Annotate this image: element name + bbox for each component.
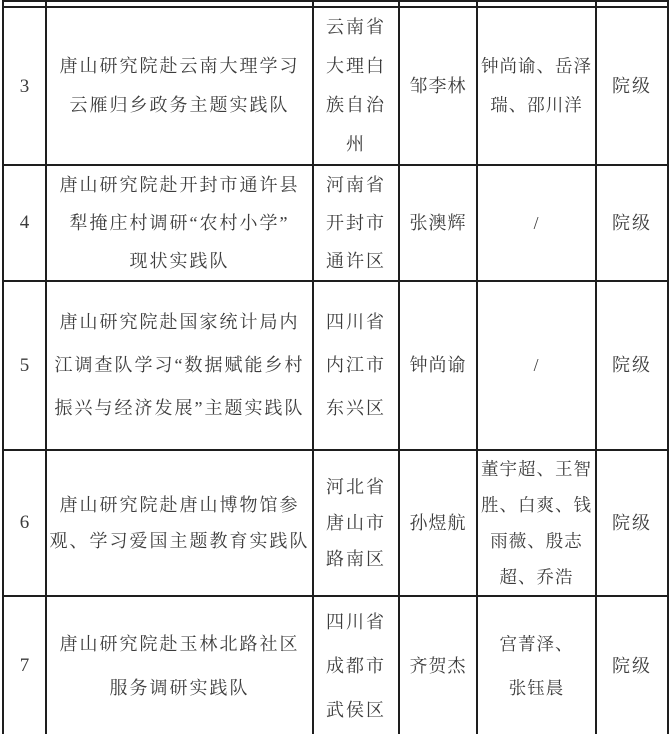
- members-cell: /: [477, 165, 596, 281]
- members-cell: 宫菁泽、 张钰晨: [477, 596, 596, 734]
- location-cell: 河北省 唐山市 路南区: [313, 450, 399, 596]
- team-name-cell: 唐山研究院赴唐山博物馆参 观、学习爱国主题教育实践队: [46, 450, 313, 596]
- level-cell: 院级: [596, 165, 668, 281]
- location-cell: 云南省 大理白 族自治 州: [313, 7, 399, 165]
- members-cell: /: [477, 281, 596, 450]
- location-cell: 河南省 开封市 通许区: [313, 165, 399, 281]
- level-cell: 院级: [596, 281, 668, 450]
- table-row: 7 唐山研究院赴玉林北路社区 服务调研实践队 四川省 成都市 武侯区 齐贺杰 宫…: [3, 596, 668, 734]
- team-name-cell: 唐山研究院赴开封市通许县 犁掩庄村调研“农村小学” 现状实践队: [46, 165, 313, 281]
- row-number-cell: 4: [3, 165, 46, 281]
- table-row: 6 唐山研究院赴唐山博物馆参 观、学习爱国主题教育实践队 河北省 唐山市 路南区…: [3, 450, 668, 596]
- leader-cell: 张澳辉: [399, 165, 477, 281]
- level-cell: 院级: [596, 450, 668, 596]
- row-number-cell: 6: [3, 450, 46, 596]
- document-page: 3 唐山研究院赴云南大理学习 云雁归乡政务主题实践队 云南省 大理白 族自治 州…: [0, 0, 669, 734]
- level-cell: 院级: [596, 596, 668, 734]
- level-cell: 院级: [596, 7, 668, 165]
- location-cell: 四川省 内江市 东兴区: [313, 281, 399, 450]
- leader-cell: 孙煜航: [399, 450, 477, 596]
- row-number-cell: 5: [3, 281, 46, 450]
- row-number-cell: 7: [3, 596, 46, 734]
- members-cell: 钟尚谕、岳泽 瑞、邵川洋: [477, 7, 596, 165]
- leader-cell: 邹李林: [399, 7, 477, 165]
- location-cell: 四川省 成都市 武侯区: [313, 596, 399, 734]
- team-name-cell: 唐山研究院赴玉林北路社区 服务调研实践队: [46, 596, 313, 734]
- members-cell: 董宇超、王智 胜、白爽、钱 雨薇、殷志 超、乔浩: [477, 450, 596, 596]
- team-name-cell: 唐山研究院赴云南大理学习 云雁归乡政务主题实践队: [46, 7, 313, 165]
- leader-cell: 齐贺杰: [399, 596, 477, 734]
- team-name-cell: 唐山研究院赴国家统计局内 江调查队学习“数据赋能乡村 振兴与经济发展”主题实践队: [46, 281, 313, 450]
- leader-cell: 钟尚谕: [399, 281, 477, 450]
- table-row: 3 唐山研究院赴云南大理学习 云雁归乡政务主题实践队 云南省 大理白 族自治 州…: [3, 7, 668, 165]
- table-row: 4 唐山研究院赴开封市通许县 犁掩庄村调研“农村小学” 现状实践队 河南省 开封…: [3, 165, 668, 281]
- table-row: 5 唐山研究院赴国家统计局内 江调查队学习“数据赋能乡村 振兴与经济发展”主题实…: [3, 281, 668, 450]
- practice-teams-table: 3 唐山研究院赴云南大理学习 云雁归乡政务主题实践队 云南省 大理白 族自治 州…: [2, 0, 669, 734]
- row-number-cell: 3: [3, 7, 46, 165]
